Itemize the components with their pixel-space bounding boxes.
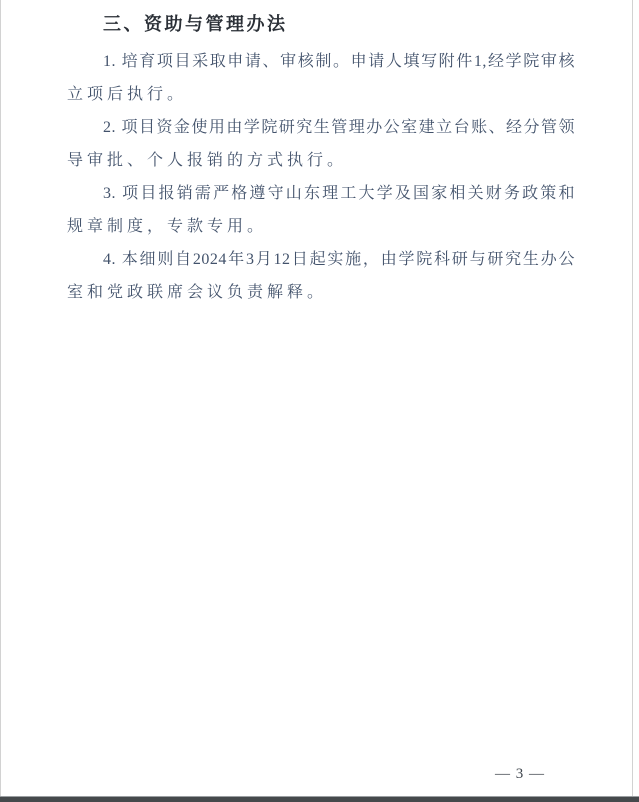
page-bottom-scan-bar: [0, 796, 639, 802]
paragraph-line: 室和党政联席会议负责解释。: [67, 276, 575, 309]
paragraph-4: 4. 本细则自2024年3月12日起实施，由学院科研与研究生办公 室和党政联席会…: [67, 243, 575, 309]
paragraph-line: 4. 本细则自2024年3月12日起实施，由学院科研与研究生办公: [67, 243, 575, 276]
paragraph-line: 3. 项目报销需严格遵守山东理工大学及国家相关财务政策和: [67, 177, 575, 210]
scanned-document-page: 三、资助与管理办法 1. 培育项目采取申请、审核制。申请人填写附件1,经学院审核…: [0, 0, 639, 802]
paragraph-line: 立项后执行。: [67, 78, 575, 111]
page-left-edge-line: [0, 0, 1, 802]
paragraph-line: 规章制度，专款专用。: [67, 210, 575, 243]
page-right-edge-line: [632, 0, 633, 802]
page-number: — 3 —: [478, 763, 562, 785]
document-body: 三、资助与管理办法 1. 培育项目采取申请、审核制。申请人填写附件1,经学院审核…: [67, 10, 575, 309]
paragraph-2: 2. 项目资金使用由学院研究生管理办公室建立台账、经分管领 导审批、个人报销的方…: [67, 111, 575, 177]
paragraph-3: 3. 项目报销需严格遵守山东理工大学及国家相关财务政策和 规章制度，专款专用。: [67, 177, 575, 243]
paragraph-1: 1. 培育项目采取申请、审核制。申请人填写附件1,经学院审核 立项后执行。: [67, 45, 575, 111]
paragraph-line: 1. 培育项目采取申请、审核制。申请人填写附件1,经学院审核: [67, 45, 575, 78]
paragraph-line: 导审批、个人报销的方式执行。: [67, 144, 575, 177]
paragraph-line: 2. 项目资金使用由学院研究生管理办公室建立台账、经分管领: [67, 111, 575, 144]
section-heading: 三、资助与管理办法: [103, 10, 575, 38]
